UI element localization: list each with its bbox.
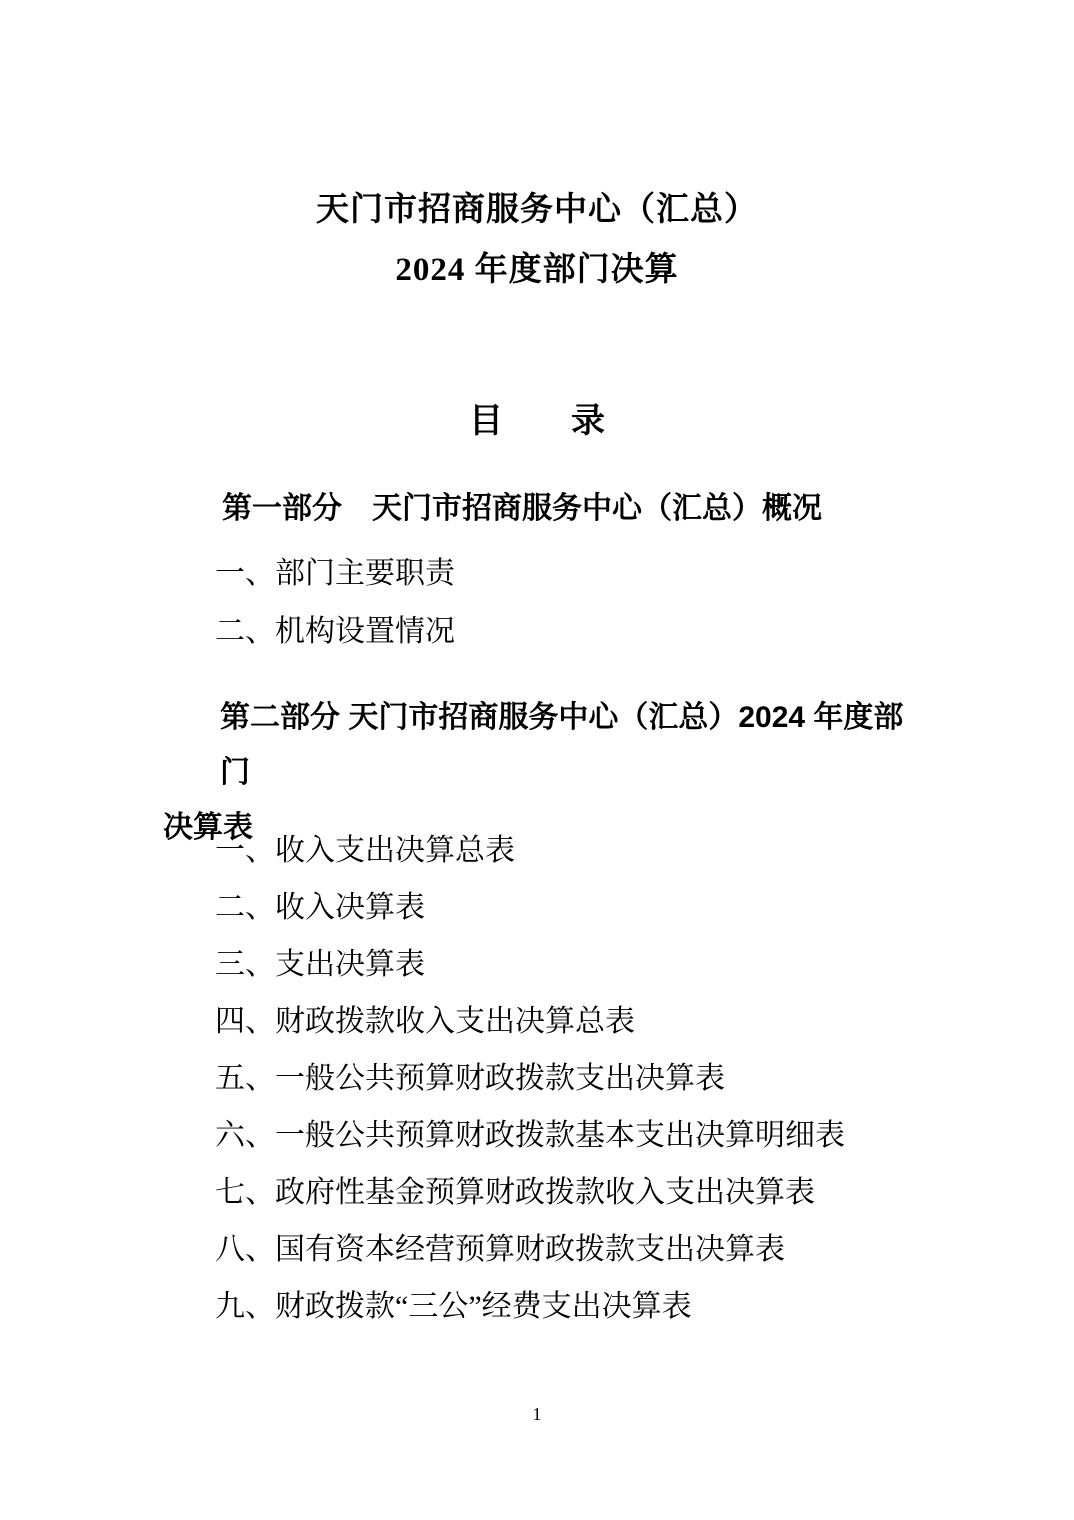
toc-item-government-fund-budget-table: 七、政府性基金预算财政拨款收入支出决算表 xyxy=(215,1164,845,1221)
section-2-heading-line1: 第二部分 天门市招商服务中心（汇总）2024 年度部门 xyxy=(220,690,923,800)
toc-item-expense-table: 三、支出决算表 xyxy=(215,936,845,993)
toc-heading: 目 录 xyxy=(0,398,1074,446)
toc-item-three-public-expenses-table: 九、财政拨款“三公”经费支出决算表 xyxy=(215,1278,845,1335)
toc-item-general-public-budget-basic-expense-detail-table: 六、一般公共预算财政拨款基本支出决算明细表 xyxy=(215,1107,845,1164)
toc-item-organization-setup: 二、机构设置情况 xyxy=(215,603,455,661)
document-title: 天门市招商服务中心（汇总） 2024 年度部门决算 xyxy=(0,180,1074,300)
document-title-line1: 天门市招商服务中心（汇总） xyxy=(0,180,1074,240)
page-number: 1 xyxy=(0,1402,1074,1426)
toc-item-general-public-budget-expense-table: 五、一般公共预算财政拨款支出决算表 xyxy=(215,1050,845,1107)
toc-item-state-capital-budget-table: 八、国有资本经营预算财政拨款支出决算表 xyxy=(215,1221,845,1278)
toc-item-fiscal-appropriation-summary-table: 四、财政拨款收入支出决算总表 xyxy=(215,993,845,1050)
section-1-heading: 第一部分 天门市招商服务中心（汇总）概况 xyxy=(222,487,822,531)
toc-item-department-duties: 一、部门主要职责 xyxy=(215,545,455,603)
toc-item-income-expense-summary-table: 一、收入支出决算总表 xyxy=(215,822,845,879)
document-title-line2: 2024 年度部门决算 xyxy=(0,240,1074,300)
section-2-items: 一、收入支出决算总表 二、收入决算表 三、支出决算表 四、财政拨款收入支出决算总… xyxy=(215,822,845,1335)
document-page: 天门市招商服务中心（汇总） 2024 年度部门决算 目 录 第一部分 天门市招商… xyxy=(0,0,1074,1520)
toc-item-income-table: 二、收入决算表 xyxy=(215,879,845,936)
section-1-items: 一、部门主要职责 二、机构设置情况 xyxy=(215,545,455,661)
